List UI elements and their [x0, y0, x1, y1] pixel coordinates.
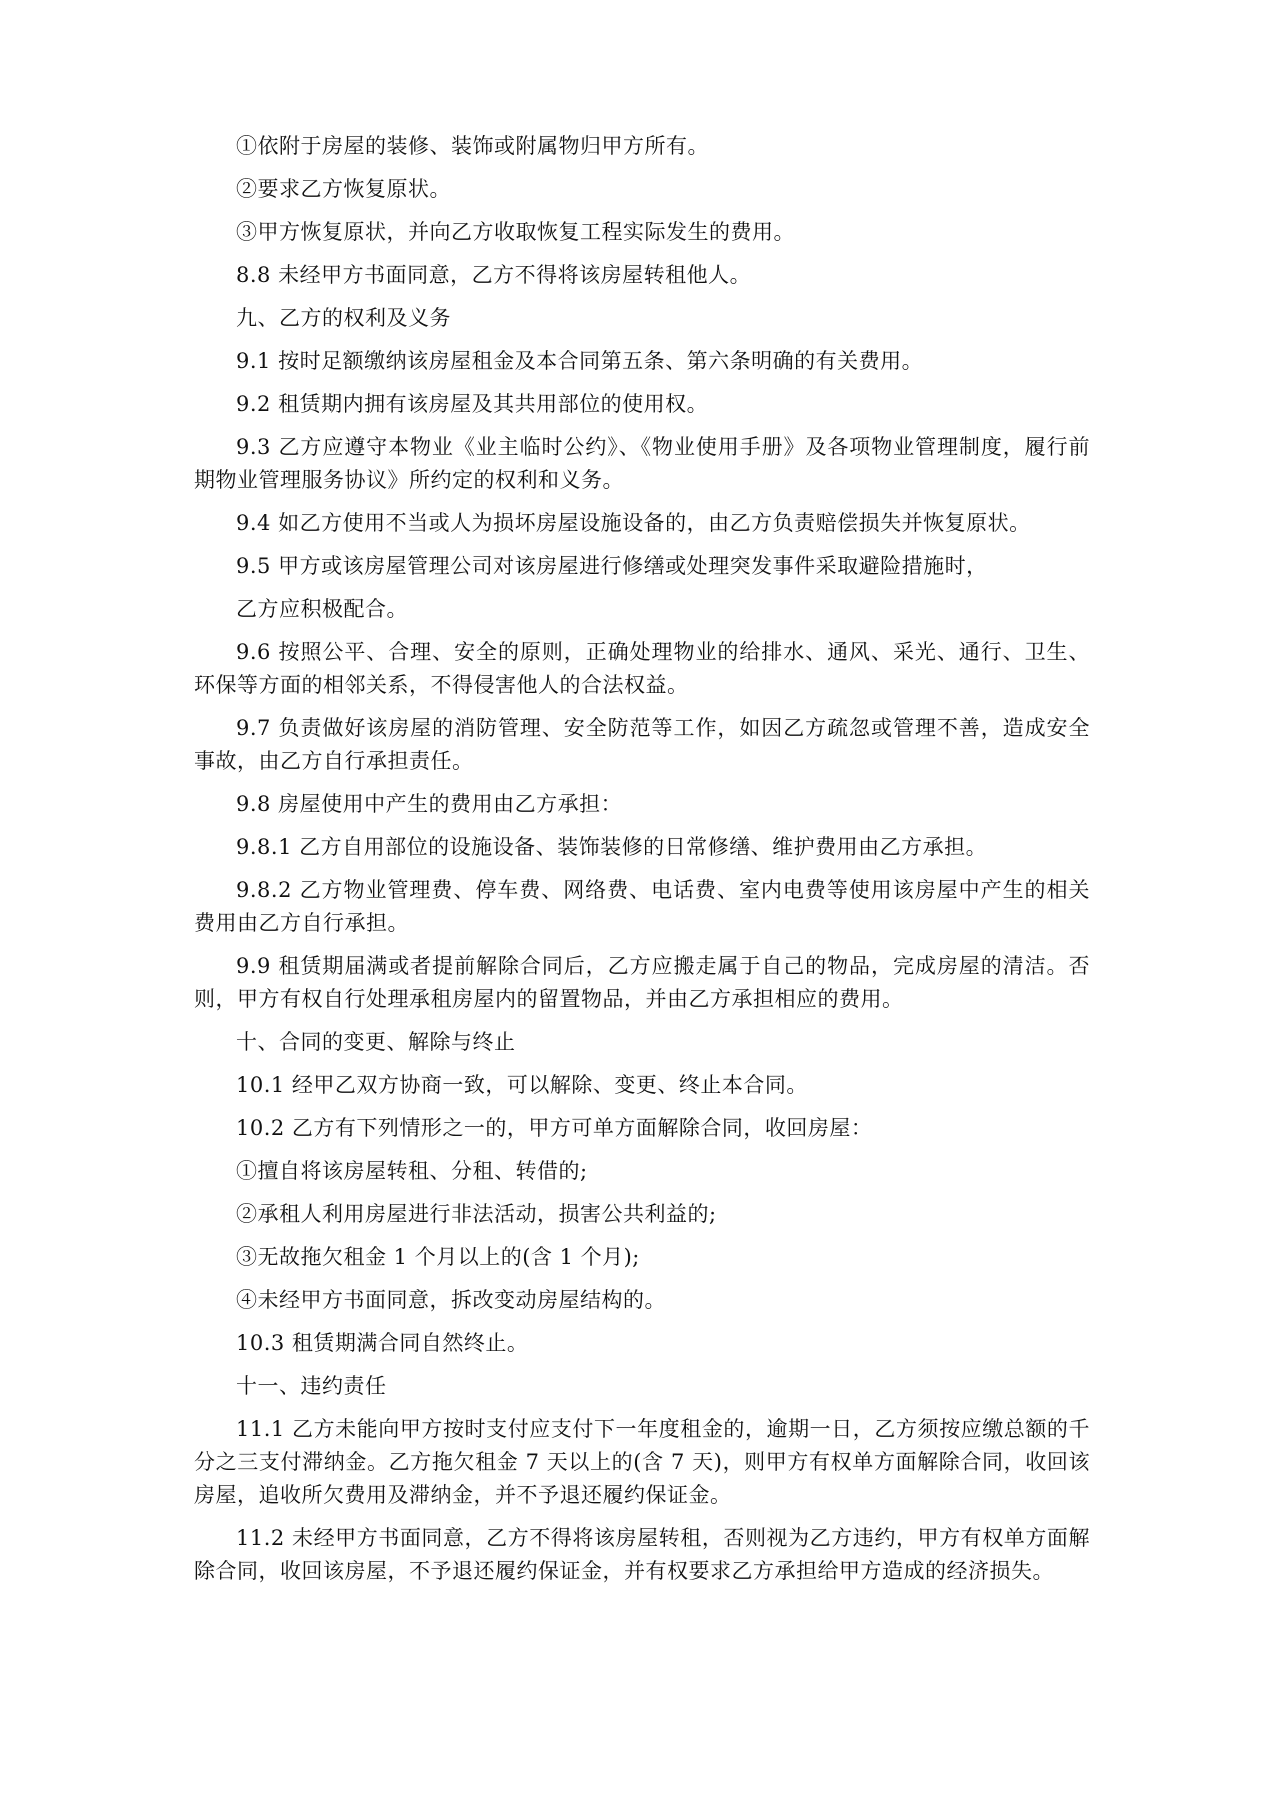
- contract-paragraph: 9.2 租赁期内拥有该房屋及其共用部位的使用权。: [194, 388, 1090, 421]
- contract-paragraph: 9.3 乙方应遵守本物业《业主临时公约》、《物业使用手册》及各项物业管理制度，履…: [194, 431, 1090, 497]
- contract-paragraph: 11.1 乙方未能向甲方按时支付应支付下一年度租金的，逾期一日，乙方须按应缴总额…: [194, 1413, 1090, 1512]
- contract-paragraph: 9.7 负责做好该房屋的消防管理、安全防范等工作，如因乙方疏忽或管理不善，造成安…: [194, 712, 1090, 778]
- contract-paragraph: ③甲方恢复原状，并向乙方收取恢复工程实际发生的费用。: [194, 216, 1090, 249]
- section-heading: 十一、违约责任: [194, 1370, 1090, 1403]
- contract-paragraph: 10.1 经甲乙双方协商一致，可以解除、变更、终止本合同。: [194, 1069, 1090, 1102]
- contract-paragraph: 10.3 租赁期满合同自然终止。: [194, 1327, 1090, 1360]
- contract-body: ①依附于房屋的装修、装饰或附属物归甲方所有。②要求乙方恢复原状。③甲方恢复原状，…: [194, 130, 1090, 1598]
- contract-paragraph: ②要求乙方恢复原状。: [194, 173, 1090, 206]
- contract-paragraph: 9.9 租赁期届满或者提前解除合同后，乙方应搬走属于自己的物品，完成房屋的清洁。…: [194, 950, 1090, 1016]
- contract-paragraph: ②承租人利用房屋进行非法活动，损害公共利益的;: [194, 1198, 1090, 1231]
- section-heading: 九、乙方的权利及义务: [194, 302, 1090, 335]
- contract-paragraph: 乙方应积极配合。: [194, 593, 1090, 626]
- contract-paragraph: 8.8 未经甲方书面同意，乙方不得将该房屋转租他人。: [194, 259, 1090, 292]
- contract-paragraph: 10.2 乙方有下列情形之一的，甲方可单方面解除合同，收回房屋：: [194, 1112, 1090, 1145]
- contract-paragraph: 9.8.1 乙方自用部位的设施设备、装饰装修的日常修缮、维护费用由乙方承担。: [194, 831, 1090, 864]
- contract-paragraph: 9.4 如乙方使用不当或人为损坏房屋设施设备的，由乙方负责赔偿损失并恢复原状。: [194, 507, 1090, 540]
- contract-paragraph: 9.1 按时足额缴纳该房屋租金及本合同第五条、第六条明确的有关费用。: [194, 345, 1090, 378]
- contract-paragraph: 9.5 甲方或该房屋管理公司对该房屋进行修缮或处理突发事件采取避险措施时，: [194, 550, 1090, 583]
- contract-paragraph: ①依附于房屋的装修、装饰或附属物归甲方所有。: [194, 130, 1090, 163]
- section-heading: 十、合同的变更、解除与终止: [194, 1026, 1090, 1059]
- contract-paragraph: 9.6 按照公平、合理、安全的原则，正确处理物业的给排水、通风、采光、通行、卫生…: [194, 636, 1090, 702]
- contract-paragraph: 11.2 未经甲方书面同意，乙方不得将该房屋转租，否则视为乙方违约，甲方有权单方…: [194, 1522, 1090, 1588]
- contract-paragraph: 9.8 房屋使用中产生的费用由乙方承担：: [194, 788, 1090, 821]
- contract-paragraph: 9.8.2 乙方物业管理费、停车费、网络费、电话费、室内电费等使用该房屋中产生的…: [194, 874, 1090, 940]
- contract-paragraph: ①擅自将该房屋转租、分租、转借的;: [194, 1155, 1090, 1188]
- contract-paragraph: ③无故拖欠租金 1 个月以上的(含 1 个月);: [194, 1241, 1090, 1274]
- document-page: ①依附于房屋的装修、装饰或附属物归甲方所有。②要求乙方恢复原状。③甲方恢复原状，…: [0, 0, 1280, 1810]
- contract-paragraph: ④未经甲方书面同意，拆改变动房屋结构的。: [194, 1284, 1090, 1317]
